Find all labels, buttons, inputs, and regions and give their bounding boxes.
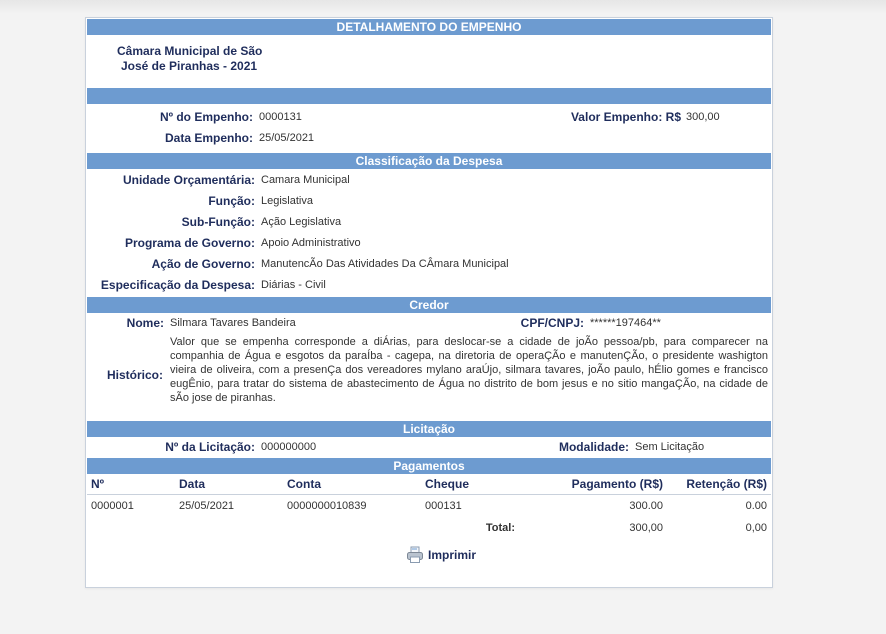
classificacao-row: Ação de Governo:ManutencÃo Das Atividade…	[86, 254, 772, 275]
empenho-date-row: Data Empenho: 25/05/2021	[86, 128, 772, 149]
empenho-date-value: 25/05/2021	[259, 128, 314, 149]
modalidade-label: Modalidade:	[526, 437, 629, 458]
pagamentos-header: Pagamentos	[87, 458, 771, 474]
col-conta: Conta	[283, 474, 421, 495]
total-retencao: 0,00	[667, 517, 771, 539]
classificacao-value: Apoio Administrativo	[261, 233, 361, 254]
classificacao-value: Legislativa	[261, 191, 313, 212]
col-data: Data	[175, 474, 283, 495]
table-cell: 0000001	[87, 495, 175, 518]
valor-empenho-label: Valor Empenho: R$	[526, 107, 681, 128]
table-cell: 0.00	[667, 495, 771, 518]
table-cell: 0000000010839	[283, 495, 421, 518]
empenho-number-label: Nº do Empenho:	[86, 107, 253, 128]
classificacao-value: Diárias - Civil	[261, 275, 326, 296]
org-line-1: Câmara Municipal de São	[117, 44, 772, 59]
licitacao-number-value: 000000000	[261, 437, 316, 458]
table-row: 000000125/05/20210000000010839000131300.…	[87, 495, 771, 518]
classificacao-label: Unidade Orçamentária:	[86, 170, 255, 191]
organization-name: Câmara Municipal de São José de Piranhas…	[86, 35, 772, 88]
printer-icon	[406, 546, 424, 564]
top-shade	[0, 0, 886, 14]
licitacao-number-label: Nº da Licitação:	[86, 437, 255, 458]
credor-nome-label: Nome:	[86, 313, 164, 333]
classificacao-value: Camara Municipal	[261, 170, 350, 191]
pagamentos-total-row: Total: 300,00 0,00	[87, 517, 771, 539]
table-cell: 25/05/2021	[175, 495, 283, 518]
classificacao-row: Função:Legislativa	[86, 191, 772, 212]
historico-label: Histórico:	[86, 368, 163, 382]
classificacao-row: Especificação da Despesa:Diárias - Civil	[86, 275, 772, 296]
org-line-2: José de Piranhas - 2021	[117, 59, 772, 74]
classificacao-label: Ação de Governo:	[86, 254, 255, 275]
col-numero: Nº	[87, 474, 175, 495]
historico-text: Valor que se empenha corresponde a diÁri…	[170, 335, 768, 405]
classificacao-row: Unidade Orçamentária:Camara Municipal	[86, 170, 772, 191]
classificacao-label: Programa de Governo:	[86, 233, 255, 254]
classificacao-row: Programa de Governo:Apoio Administrativo	[86, 233, 772, 254]
table-cell: 300.00	[519, 495, 667, 518]
col-retencao: Retenção (R$)	[667, 474, 771, 495]
credor-row: Nome: Silmara Tavares Bandeira CPF/CNPJ:…	[86, 313, 772, 333]
cpf-value: ******197464**	[590, 313, 661, 333]
empty-bar	[87, 88, 771, 104]
classificacao-row: Sub-Função:Ação Legislativa	[86, 212, 772, 233]
modalidade-value: Sem Licitação	[635, 437, 704, 458]
classificacao-value: Ação Legislativa	[261, 212, 341, 233]
empenho-number-value: 0000131	[259, 107, 302, 128]
credor-nome-value: Silmara Tavares Bandeira	[170, 313, 296, 333]
page-title: DETALHAMENTO DO EMPENHO	[87, 19, 771, 35]
cpf-label: CPF/CNPJ:	[486, 313, 584, 333]
credor-header: Credor	[87, 297, 771, 313]
col-cheque: Cheque	[421, 474, 519, 495]
empenho-number-row: Nº do Empenho: 0000131 Valor Empenho: R$…	[86, 107, 772, 128]
classificacao-label: Sub-Função:	[86, 212, 255, 233]
classificacao-label: Especificação da Despesa:	[86, 275, 255, 296]
total-pagamento: 300,00	[519, 517, 667, 539]
classificacao-section: Unidade Orçamentária:Camara MunicipalFun…	[86, 169, 772, 296]
licitacao-header: Licitação	[87, 421, 771, 437]
classificacao-label: Função:	[86, 191, 255, 212]
pagamentos-table: Nº Data Conta Cheque Pagamento (R$) Rete…	[87, 474, 771, 539]
col-pagamento: Pagamento (R$)	[519, 474, 667, 495]
pagamentos-header-row: Nº Data Conta Cheque Pagamento (R$) Rete…	[87, 474, 771, 495]
empenho-date-label: Data Empenho:	[86, 128, 253, 149]
licitacao-row: Nº da Licitação: 000000000 Modalidade: S…	[86, 437, 772, 458]
print-label[interactable]: Imprimir	[428, 548, 476, 562]
historico-row: Histórico: Valor que se empenha correspo…	[86, 333, 772, 421]
print-button[interactable]: Imprimir	[406, 546, 476, 564]
classificacao-value: ManutencÃo Das Atividades Da CÂmara Muni…	[261, 254, 509, 275]
empenho-detail-panel: DETALHAMENTO DO EMPENHO Câmara Municipal…	[85, 17, 773, 588]
valor-empenho-value: 300,00	[686, 107, 720, 128]
table-cell: 000131	[421, 495, 519, 518]
classificacao-header: Classificação da Despesa	[87, 153, 771, 169]
total-label: Total:	[421, 517, 519, 539]
